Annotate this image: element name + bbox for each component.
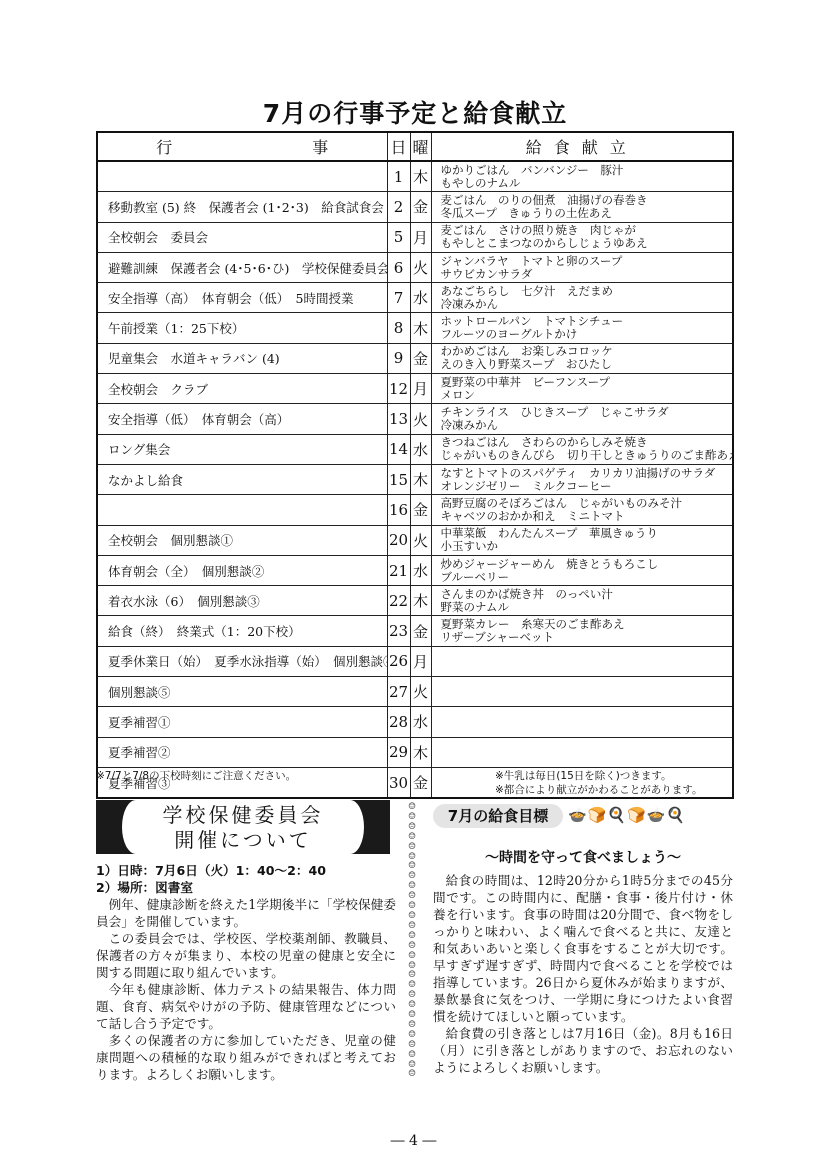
weekday-cell: 水 <box>410 283 431 313</box>
weekday-cell: 金 <box>410 192 431 222</box>
event-cell: 児童集会 水道キャラバン (4) <box>97 343 387 373</box>
menu-cell <box>431 646 733 676</box>
menu-cell: ジャンバラヤ トマトと卵のスープサウビカンサラダ <box>431 252 733 282</box>
event-cell: 個別懇談⑤ <box>97 677 387 707</box>
paragraph: 給食の時間は、12時20分から1時5分までの45分間です。この時間内に、配膳・食… <box>433 872 733 1025</box>
table-row: 体育朝会（全） 個別懇談②21水炒めジャージャーめん 焼きとうもろこしブルーベリ… <box>97 555 733 585</box>
menu-line: 冷凍みかん <box>441 298 733 311</box>
bracket-right-decoration <box>350 800 390 854</box>
menu-line: リザーブシャーベット <box>441 631 733 644</box>
page-number: ― 4 ― <box>0 1133 827 1149</box>
menu-line: 高野豆腐のそぼろごはん じゃがいものみそ汁 <box>441 497 733 510</box>
menu-line <box>441 648 733 661</box>
event-cell <box>97 495 387 525</box>
menu-line: 冬瓜スープ きゅうりの土佐あえ <box>441 207 733 220</box>
weekday-cell: 木 <box>410 586 431 616</box>
health-committee-body: 1）日時：7月6日（火）1：40～2：40 2）場所：図書室 例年、健康診断を終… <box>96 862 396 1083</box>
table-row: 全校朝会 クラブ12月夏野菜の中華丼 ビーフンスープメロン <box>97 374 733 404</box>
menu-line <box>441 709 733 722</box>
weekday-cell: 木 <box>410 464 431 494</box>
menu-line: なすとトマトのスパゲティ カリカリ油揚げのサラダ <box>441 467 733 480</box>
menu-line: ジャンバラヤ トマトと卵のスープ <box>441 255 733 268</box>
weekday-cell: 木 <box>410 737 431 767</box>
menu-line: もやしとこまつなのからしじょうゆあえ <box>441 237 733 250</box>
smiley-icon: ☹ <box>405 1070 419 1080</box>
table-row: 夏季補習①28水 <box>97 707 733 737</box>
menu-cell: なすとトマトのスパゲティ カリカリ油揚げのサラダオレンジゼリー ミルクコーヒー <box>431 464 733 494</box>
lunch-goal-body: 給食の時間は、12時20分から1時5分までの45分間です。この時間内に、配膳・食… <box>433 872 733 1076</box>
menu-line: 夏野菜の中華丼 ビーフンスープ <box>441 376 733 389</box>
health-committee-title: 学校保健委員会 開催について <box>140 803 346 853</box>
table-row: 安全指導（高） 体育朝会（低） 5時間授業7水あなごちらし 七夕汁 えだまめ冷凍… <box>97 283 733 313</box>
menu-cell: あなごちらし 七夕汁 えだまめ冷凍みかん <box>431 283 733 313</box>
table-row: 午前授業（1：25下校）8木ホットロールパン トマトシチューフルーツのヨーグルト… <box>97 313 733 343</box>
header-events: 行事 <box>97 132 387 161</box>
smiley-divider-icon: ☺☺☹☺☹☺☺☹☺☹☺☺☹☺☹☺☺☹☺☹☺☺☹☺☹☺☺☹ <box>405 803 419 1080</box>
menu-line: さんまのかば焼き丼 のっぺい汁 <box>441 588 733 601</box>
day-cell: 27 <box>387 677 410 707</box>
weekday-cell: 木 <box>410 313 431 343</box>
table-row: 着衣水泳（6） 個別懇談③22木さんまのかば焼き丼 のっぺい汁野菜のナムル <box>97 586 733 616</box>
menu-cell: 高野豆腐のそぼろごはん じゃがいものみそ汁キャベツのおかか和え ミニトマト <box>431 495 733 525</box>
paragraph: 今年も健康診断、体力テストの結果報告、体力問題、食育、病気やけがの予防、健康管理… <box>96 981 396 1032</box>
table-row: 個別懇談⑤27火 <box>97 677 733 707</box>
weekday-cell: 月 <box>410 646 431 676</box>
event-cell: 全校朝会 委員会 <box>97 222 387 252</box>
table-row: 給食（終） 終業式（1：20下校）23金夏野菜カレー 糸寒天のごま酢あえリザーブ… <box>97 616 733 646</box>
day-cell: 28 <box>387 707 410 737</box>
day-cell: 5 <box>387 222 410 252</box>
menu-line: えのき入り野菜スープ おひたし <box>441 358 733 371</box>
menu-cell: さんまのかば焼き丼 のっぺい汁野菜のナムル <box>431 586 733 616</box>
table-row: なかよし給食15木なすとトマトのスパゲティ カリカリ油揚げのサラダオレンジゼリー… <box>97 464 733 494</box>
menu-line <box>441 661 733 674</box>
title-line-1: 学校保健委員会 <box>140 803 346 828</box>
menu-line: あなごちらし 七夕汁 えだまめ <box>441 285 733 298</box>
weekday-cell: 火 <box>410 525 431 555</box>
weekday-cell: 火 <box>410 252 431 282</box>
day-cell: 22 <box>387 586 410 616</box>
day-cell: 6 <box>387 252 410 282</box>
menu-cell: 炒めジャージャーめん 焼きとうもろこしブルーベリー <box>431 555 733 585</box>
event-cell: なかよし給食 <box>97 464 387 494</box>
weekday-cell: 火 <box>410 677 431 707</box>
table-row: 移動教室 (5) 終 保護者会 (1･2･3) 給食試食会2金麦ごはん のりの佃… <box>97 192 733 222</box>
weekday-cell: 水 <box>410 707 431 737</box>
meeting-datetime: 1）日時：7月6日（火）1：40～2：40 <box>96 862 396 879</box>
header-weekday: 曜 <box>410 132 431 161</box>
day-cell: 16 <box>387 495 410 525</box>
menu-line: 野菜のナムル <box>441 601 733 614</box>
menu-line: ブルーベリー <box>441 571 733 584</box>
weekday-cell: 月 <box>410 374 431 404</box>
weekday-cell: 水 <box>410 555 431 585</box>
weekday-cell: 火 <box>410 404 431 434</box>
menu-line: 炒めジャージャーめん 焼きとうもろこし <box>441 558 733 571</box>
event-cell: 避難訓練 保護者会 (4･5･6･ひ) 学校保健委員会 <box>97 252 387 282</box>
menu-line: メロン <box>441 389 733 402</box>
header-menu: 給食献立 <box>431 132 733 161</box>
event-cell: 移動教室 (5) 終 保護者会 (1･2･3) 給食試食会 <box>97 192 387 222</box>
lunch-goal-heading: 7月の給食目標 <box>433 804 563 828</box>
event-cell: 全校朝会 クラブ <box>97 374 387 404</box>
table-row: 全校朝会 委員会5月麦ごはん さけの照り焼き 肉じゃがもやしとこまつなのからしじ… <box>97 222 733 252</box>
page-title: 7月の行事予定と給食献立 <box>96 94 734 130</box>
table-row: 安全指導（低） 体育朝会（高）13火チキンライス ひじきスープ じゃこサラダ冷凍… <box>97 404 733 434</box>
table-header-row: 行事 日 曜 給食献立 <box>97 132 733 161</box>
day-cell: 7 <box>387 283 410 313</box>
day-cell: 9 <box>387 343 410 373</box>
event-cell: 着衣水泳（6） 個別懇談③ <box>97 586 387 616</box>
meeting-place: 2）場所：図書室 <box>96 879 396 896</box>
table-row: ロング集会14水きつねごはん さわらのからしみそ焼きじゃがいものきんぴら 切り干… <box>97 434 733 464</box>
note-milk: ※牛乳は毎日(15日を除く)つきます。 <box>495 768 672 783</box>
menu-line: 冷凍みかん <box>441 419 733 432</box>
weekday-cell: 金 <box>410 616 431 646</box>
header-events-right: 事 <box>312 138 328 157</box>
menu-cell <box>431 707 733 737</box>
day-cell: 15 <box>387 464 410 494</box>
day-cell: 12 <box>387 374 410 404</box>
event-cell: 安全指導（低） 体育朝会（高） <box>97 404 387 434</box>
health-committee-banner: 学校保健委員会 開催について <box>96 800 390 854</box>
weekday-cell: 金 <box>410 767 431 798</box>
event-cell: 全校朝会 個別懇談① <box>97 525 387 555</box>
day-cell: 13 <box>387 404 410 434</box>
menu-line <box>441 679 733 692</box>
paragraph: 例年、健康診断を終えた1学期後半に「学校保健委員会」を開催しています。 <box>96 896 396 930</box>
menu-cell: 夏野菜カレー 糸寒天のごま酢あえリザーブシャーベット <box>431 616 733 646</box>
day-cell: 26 <box>387 646 410 676</box>
smiley-icon: ☺ <box>405 952 419 962</box>
menu-cell: 中華菜飯 わんたんスープ 華風きゅうり小玉すいか <box>431 525 733 555</box>
day-cell: 20 <box>387 525 410 555</box>
weekday-cell: 木 <box>410 161 431 192</box>
menu-cell: 夏野菜の中華丼 ビーフンスープメロン <box>431 374 733 404</box>
menu-line <box>441 692 733 705</box>
day-cell: 14 <box>387 434 410 464</box>
table-row: 1木ゆかりごはん バンバンジー 豚汁もやしのナムル <box>97 161 733 192</box>
day-cell: 1 <box>387 161 410 192</box>
note-dismissal-time: ※7/7と7/8の下校時刻にご注意ください。 <box>96 768 296 783</box>
menu-cell: 麦ごはん のりの佃煮 油揚げの春巻き冬瓜スープ きゅうりの土佐あえ <box>431 192 733 222</box>
menu-line: オレンジゼリー ミルクコーヒー <box>441 480 733 493</box>
table-row: 夏季補習②29木 <box>97 737 733 767</box>
header-events-left: 行 <box>156 138 172 157</box>
menu-cell: きつねごはん さわらのからしみそ焼きじゃがいものきんぴら 切り干しときゅうりのご… <box>431 434 733 464</box>
menu-line: キャベツのおかか和え ミニトマト <box>441 510 733 523</box>
menu-line: サウビカンサラダ <box>441 268 733 281</box>
event-cell: 給食（終） 終業式（1：20下校） <box>97 616 387 646</box>
event-cell: 安全指導（高） 体育朝会（低） 5時間授業 <box>97 283 387 313</box>
menu-line: じゃがいものきんぴら 切り干しときゅうりのごま酢あえ <box>441 449 733 462</box>
table-row: 避難訓練 保護者会 (4･5･6･ひ) 学校保健委員会6火ジャンバラヤ トマトと… <box>97 252 733 282</box>
menu-line: フルーツのヨーグルトかけ <box>441 328 733 341</box>
event-cell: 夏季休業日（始） 夏季水泳指導（始） 個別懇談④ <box>97 646 387 676</box>
menu-line: もやしのナムル <box>441 177 733 190</box>
paragraph: 給食費の引き落としは7月16日（金)。8月も16日（月）に引き落としがありますの… <box>433 1025 733 1076</box>
menu-line <box>441 752 733 765</box>
menu-cell: ホットロールパン トマトシチューフルーツのヨーグルトかけ <box>431 313 733 343</box>
menu-cell: ゆかりごはん バンバンジー 豚汁もやしのナムル <box>431 161 733 192</box>
event-cell <box>97 161 387 192</box>
day-cell: 21 <box>387 555 410 585</box>
header-day: 日 <box>387 132 410 161</box>
day-cell: 23 <box>387 616 410 646</box>
menu-line <box>441 722 733 735</box>
table-row: 児童集会 水道キャラバン (4)9金わかめごはん お楽しみコロッケえのき入り野菜… <box>97 343 733 373</box>
bracket-left-decoration <box>96 800 136 854</box>
menu-line: 麦ごはん のりの佃煮 油揚げの春巻き <box>441 194 733 207</box>
menu-cell: チキンライス ひじきスープ じゃこサラダ冷凍みかん <box>431 404 733 434</box>
event-cell: 夏季補習① <box>97 707 387 737</box>
event-cell: 午前授業（1：25下校） <box>97 313 387 343</box>
weekday-cell: 水 <box>410 434 431 464</box>
day-cell: 2 <box>387 192 410 222</box>
note-menu-change: ※都合により献立がかわることがあります。 <box>495 782 702 797</box>
weekday-cell: 金 <box>410 343 431 373</box>
event-cell: 体育朝会（全） 個別懇談② <box>97 555 387 585</box>
menu-line <box>441 739 733 752</box>
food-icons-decoration: 🍲🍞🍳🍞🍲🍳 <box>568 806 686 824</box>
menu-cell <box>431 737 733 767</box>
menu-cell: わかめごはん お楽しみコロッケえのき入り野菜スープ おひたし <box>431 343 733 373</box>
schedule-menu-table: 行事 日 曜 給食献立 1木ゆかりごはん バンバンジー 豚汁もやしのナムル移動教… <box>96 131 734 799</box>
menu-line: 小玉すいか <box>441 540 733 553</box>
menu-cell: 麦ごはん さけの照り焼き 肉じゃがもやしとこまつなのからしじょうゆあえ <box>431 222 733 252</box>
menu-cell <box>431 677 733 707</box>
weekday-cell: 月 <box>410 222 431 252</box>
event-cell: 夏季補習② <box>97 737 387 767</box>
event-cell: ロング集会 <box>97 434 387 464</box>
table-row: 夏季休業日（始） 夏季水泳指導（始） 個別懇談④26月 <box>97 646 733 676</box>
paragraph: この委員会では、学校医、学校薬剤師、教職員、保護者の方々が集まり、本校の児童の健… <box>96 930 396 981</box>
menu-line: ゆかりごはん バンバンジー 豚汁 <box>441 164 733 177</box>
lunch-goal-slogan: ～時間を守って食べましょう～ <box>433 847 733 867</box>
weekday-cell: 金 <box>410 495 431 525</box>
table-row: 16金高野豆腐のそぼろごはん じゃがいものみそ汁キャベツのおかか和え ミニトマト <box>97 495 733 525</box>
table-row: 全校朝会 個別懇談①20火中華菜飯 わんたんスープ 華風きゅうり小玉すいか <box>97 525 733 555</box>
paragraph: 多くの保護者の方に参加していただき、児童の健康問題への積極的な取り組みができれば… <box>96 1032 396 1083</box>
title-line-2: 開催について <box>140 828 346 853</box>
day-cell: 8 <box>387 313 410 343</box>
day-cell: 29 <box>387 737 410 767</box>
day-cell: 30 <box>387 767 410 798</box>
